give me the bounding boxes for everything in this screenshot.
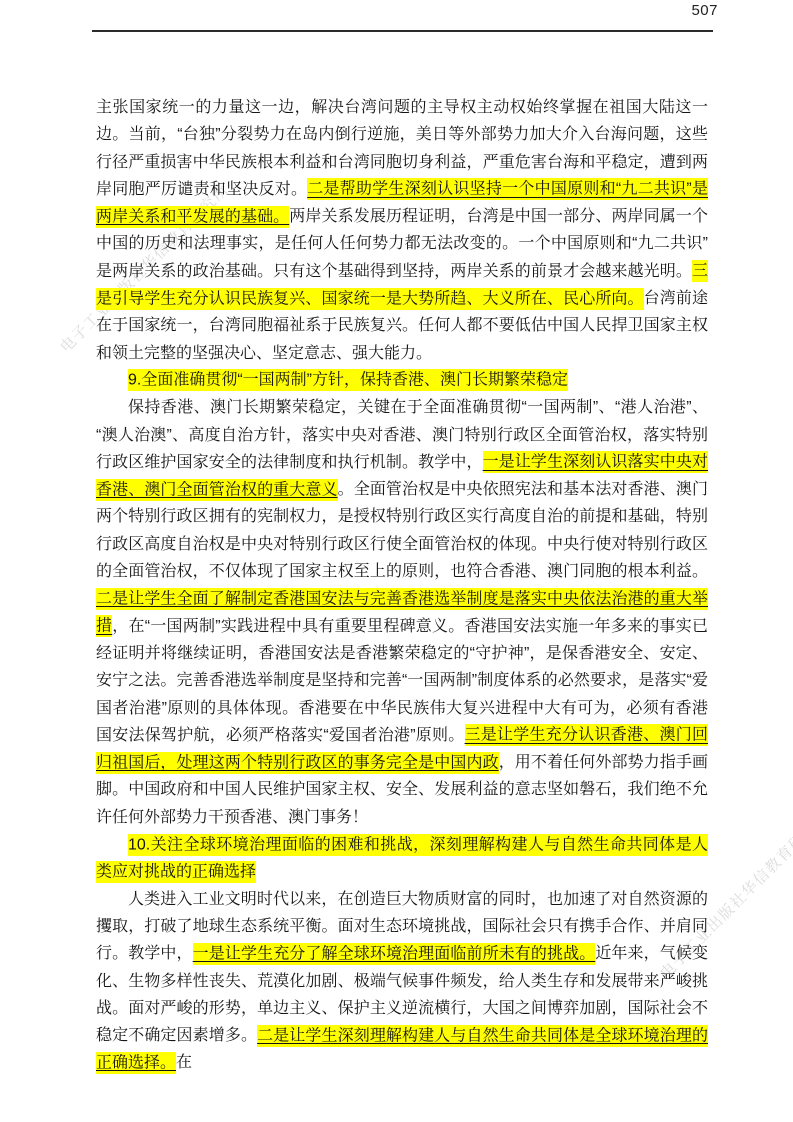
text-segment: 在 xyxy=(176,1054,192,1071)
highlighted-segment: 一是让学生充分了解全球环境治理面临前所未有的挑战。 xyxy=(193,943,596,965)
heading-9-highlight: 9.全面准确贯彻“一国两制”方针，保持香港、澳门长期繁荣稳定 xyxy=(128,369,568,391)
paragraph-environment: 人类进入工业文明时代以来，在创造巨大物质财富的同时，也加速了对自然资源的攫取，打… xyxy=(96,886,708,1077)
header-rule xyxy=(92,30,713,32)
section-heading-10: 10.关注全球环境治理面临的困难和挑战，深刻理解构建人与自然生命共同体是人类应对… xyxy=(96,831,708,886)
paragraph-taiwan: 主张国家统一的力量这一边，解决台湾问题的主导权主动权始终掌握在祖国大陆这一边。当… xyxy=(96,94,708,367)
document-page: 507 电子工业出版社华信教育研究所 电子工业出版社华信教育研究所 主张国家统一… xyxy=(0,0,793,1122)
heading-10-highlight: 10.关注全球环境治理面临的困难和挑战，深刻理解构建人与自然生命共同体是人类应对… xyxy=(96,834,708,883)
document-body: 主张国家统一的力量这一边，解决台湾问题的主导权主动权始终掌握在祖国大陆这一边。当… xyxy=(96,94,708,1077)
page-number: 507 xyxy=(691,2,718,19)
paragraph-hongkong-macao: 保持香港、澳门长期繁荣稳定，关键在于全面准确贯彻“一国两制”、“港人治港”、“澳… xyxy=(96,394,708,831)
section-heading-9: 9.全面准确贯彻“一国两制”方针，保持香港、澳门长期繁荣稳定 xyxy=(96,367,708,394)
